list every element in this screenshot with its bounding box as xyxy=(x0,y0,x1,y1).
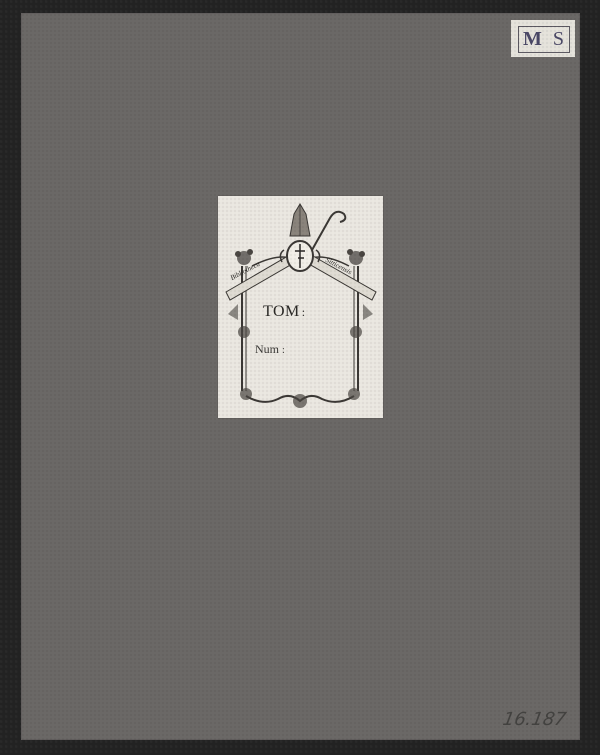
mount-board: M S xyxy=(21,13,580,740)
mitre-icon xyxy=(290,204,310,236)
tom-field: TOM: xyxy=(263,303,306,321)
pencil-inventory-number: 16.187 xyxy=(501,709,568,730)
num-field: Num: xyxy=(255,342,285,357)
tom-label: TOM xyxy=(263,303,300,320)
bookplate: Bibliotheca Sitticensis TOM: Num: xyxy=(218,196,383,418)
crozier-icon xyxy=(312,212,345,250)
shelf-mark-box: M S xyxy=(518,26,570,53)
num-colon: : xyxy=(282,345,285,356)
scan-background: M S xyxy=(0,0,600,755)
tom-colon: : xyxy=(302,305,306,319)
shelf-mark-label: M S xyxy=(511,20,575,57)
shelf-mark-letter-m: M xyxy=(523,28,543,51)
num-label: Num xyxy=(255,342,279,356)
shelf-mark-letter-s: S xyxy=(553,28,565,51)
